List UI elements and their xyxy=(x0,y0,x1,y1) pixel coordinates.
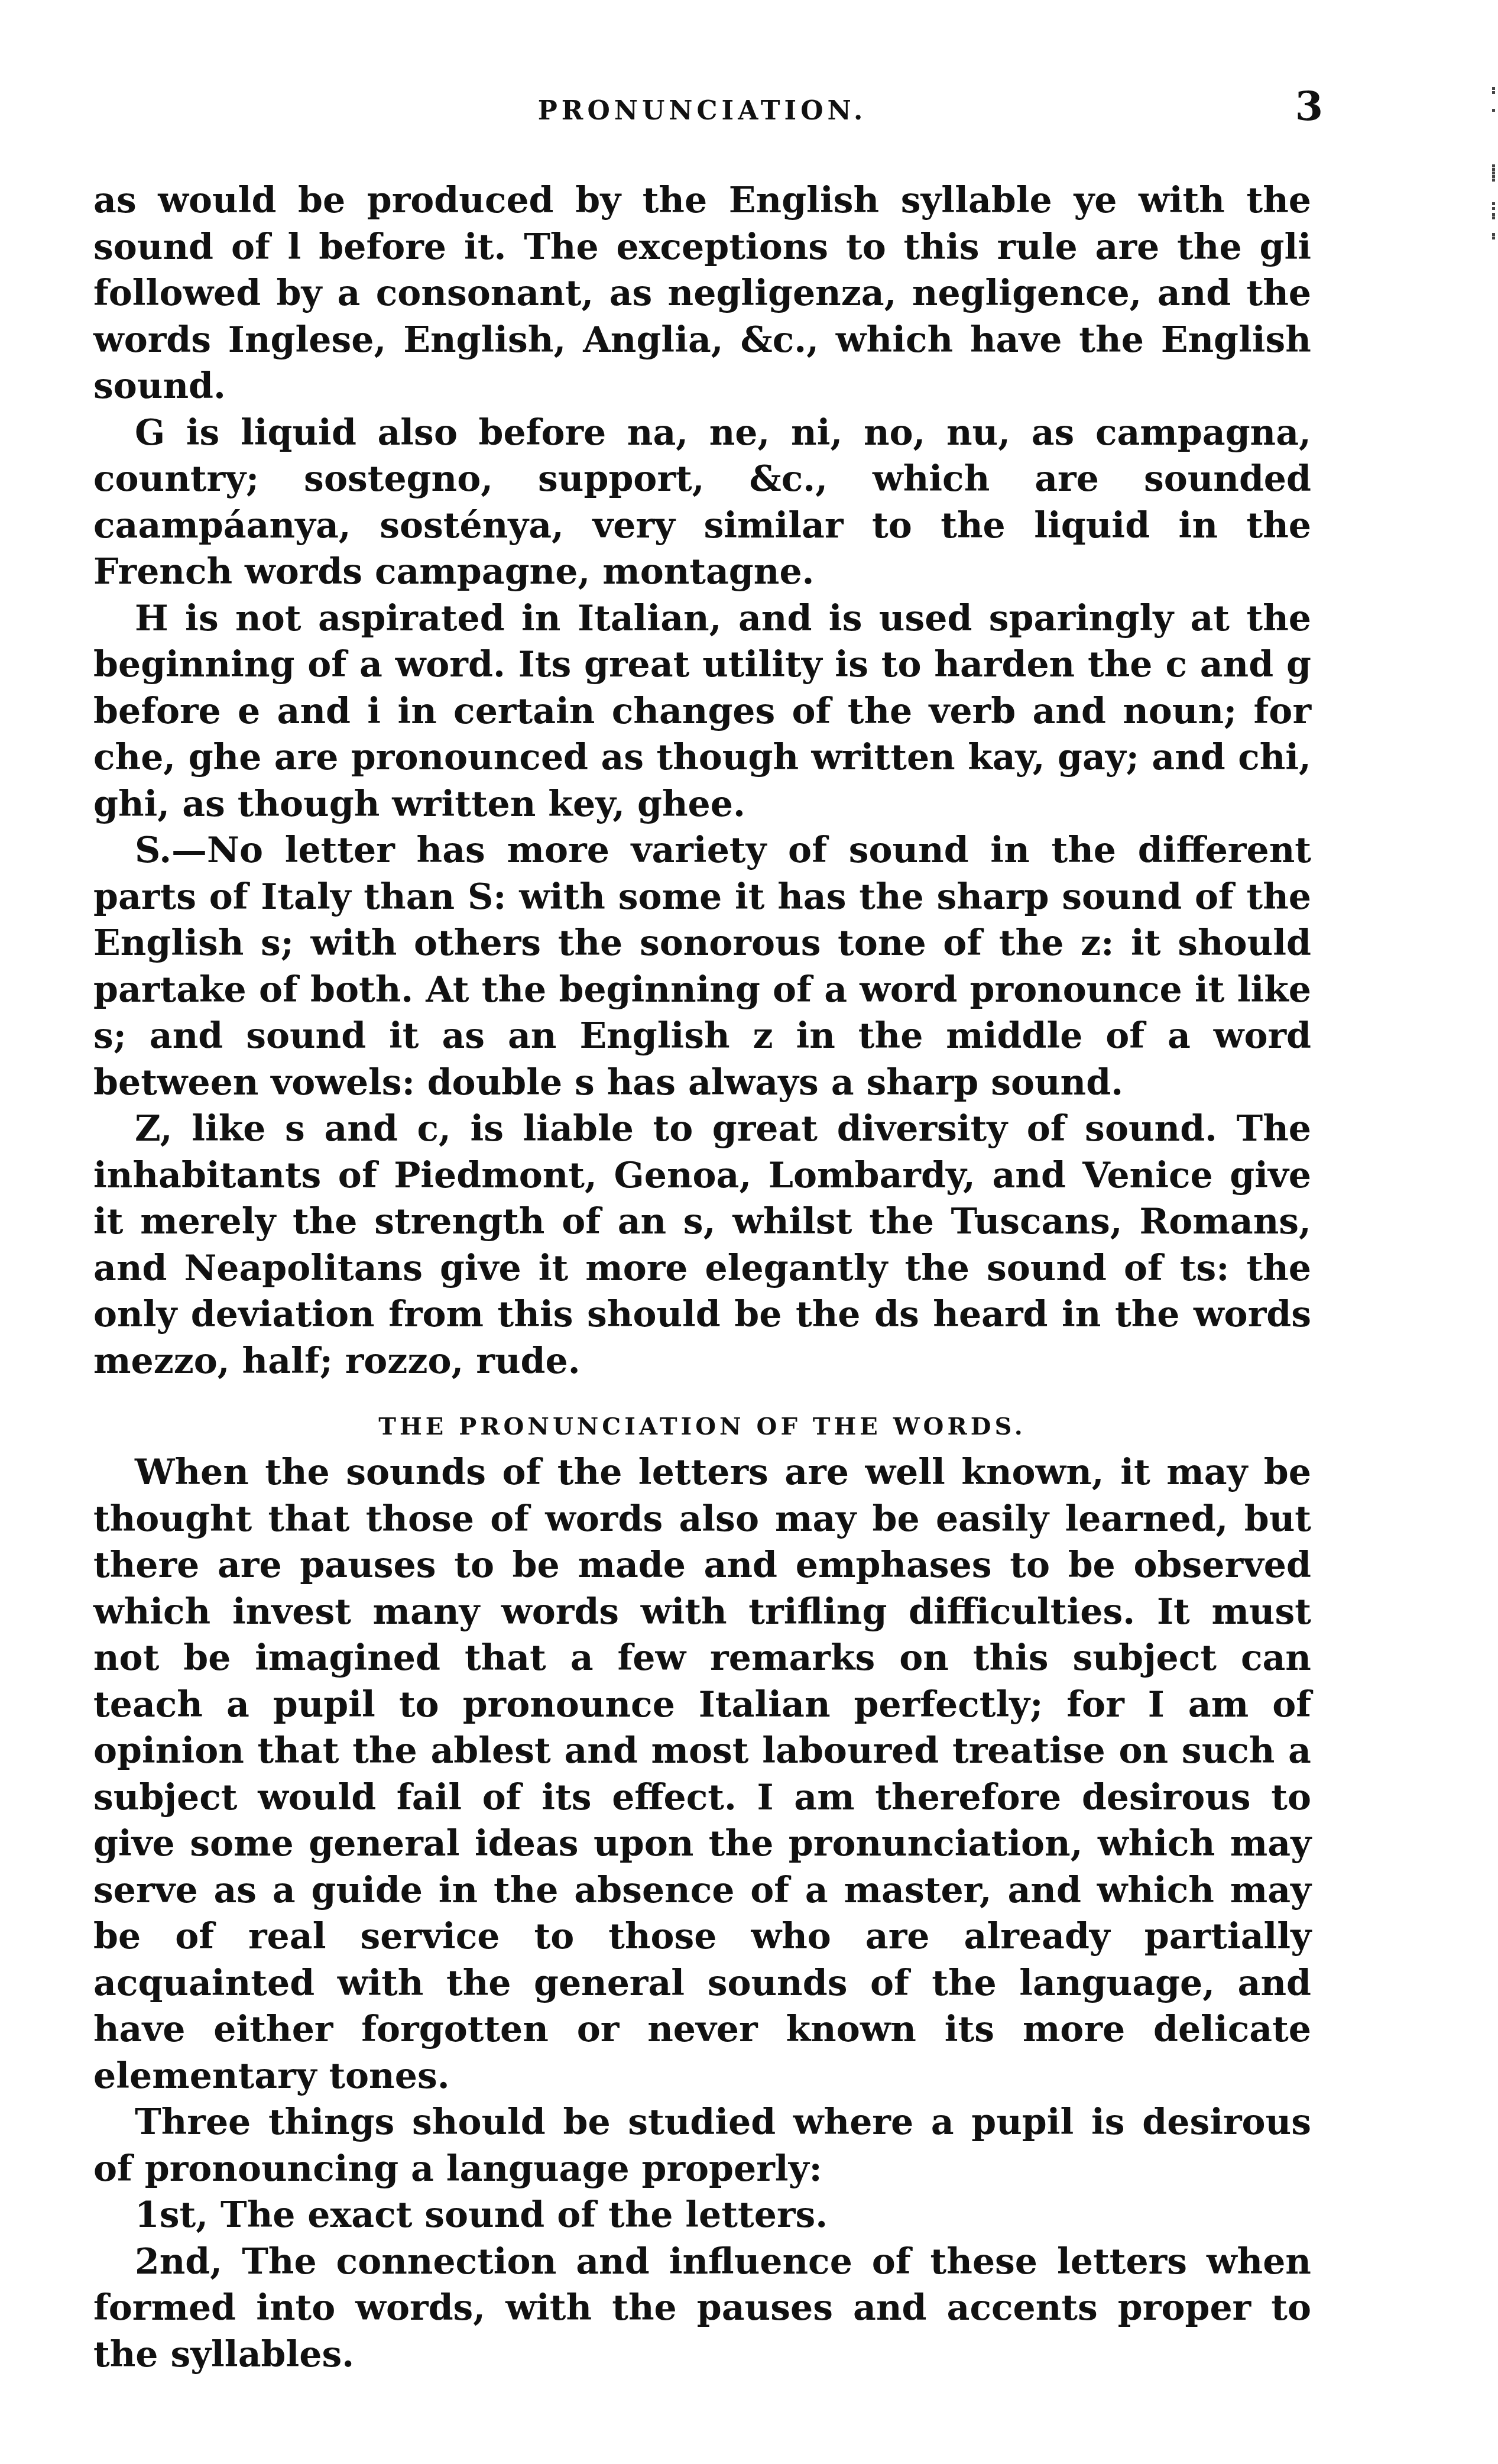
edge-mark xyxy=(1492,179,1495,182)
section-heading: THE PRONUNCIATION OF THE WORDS. xyxy=(93,1409,1311,1445)
edge-mark xyxy=(1492,213,1495,216)
edge-mark xyxy=(1492,168,1495,171)
edge-mark xyxy=(1492,171,1495,174)
body-text: as would be produced by the English syll… xyxy=(93,177,1311,2378)
paragraph: Three things should be studied where a p… xyxy=(93,2099,1311,2192)
edge-mark xyxy=(1492,216,1495,219)
page-number: 3 xyxy=(1295,83,1323,130)
paragraph: S.—No letter has more variety of sound i… xyxy=(93,827,1311,1106)
paragraph: H is not aspirated in Italian, and is us… xyxy=(93,595,1311,828)
running-title: PRONUNCIATION. xyxy=(93,96,1311,126)
edge-mark xyxy=(1492,164,1495,167)
edge-mark xyxy=(1492,91,1495,94)
paragraph: as would be produced by the English syll… xyxy=(93,177,1311,410)
edge-mark xyxy=(1492,233,1495,236)
paragraph: 2nd, The connection and influence of the… xyxy=(93,2239,1311,2378)
edge-mark xyxy=(1492,202,1495,205)
paragraph: When the sounds of the letters are well … xyxy=(93,1449,1311,2099)
running-head: PRONUNCIATION. 3 xyxy=(93,83,1311,136)
scan-edge-marks xyxy=(1490,0,1498,2464)
paragraph: G is liquid also before na, ne, ni, no, … xyxy=(93,410,1311,595)
paragraph: 1st, The exact sound of the letters. xyxy=(93,2192,1311,2239)
edge-mark xyxy=(1492,109,1495,112)
book-page: PRONUNCIATION. 3 as would be produced by… xyxy=(93,83,1311,2378)
edge-mark xyxy=(1492,207,1495,210)
edge-mark xyxy=(1492,87,1495,90)
edge-mark xyxy=(1492,175,1495,178)
paragraph: Z, like s and c, is liable to great dive… xyxy=(93,1106,1311,1384)
edge-mark xyxy=(1492,237,1495,239)
